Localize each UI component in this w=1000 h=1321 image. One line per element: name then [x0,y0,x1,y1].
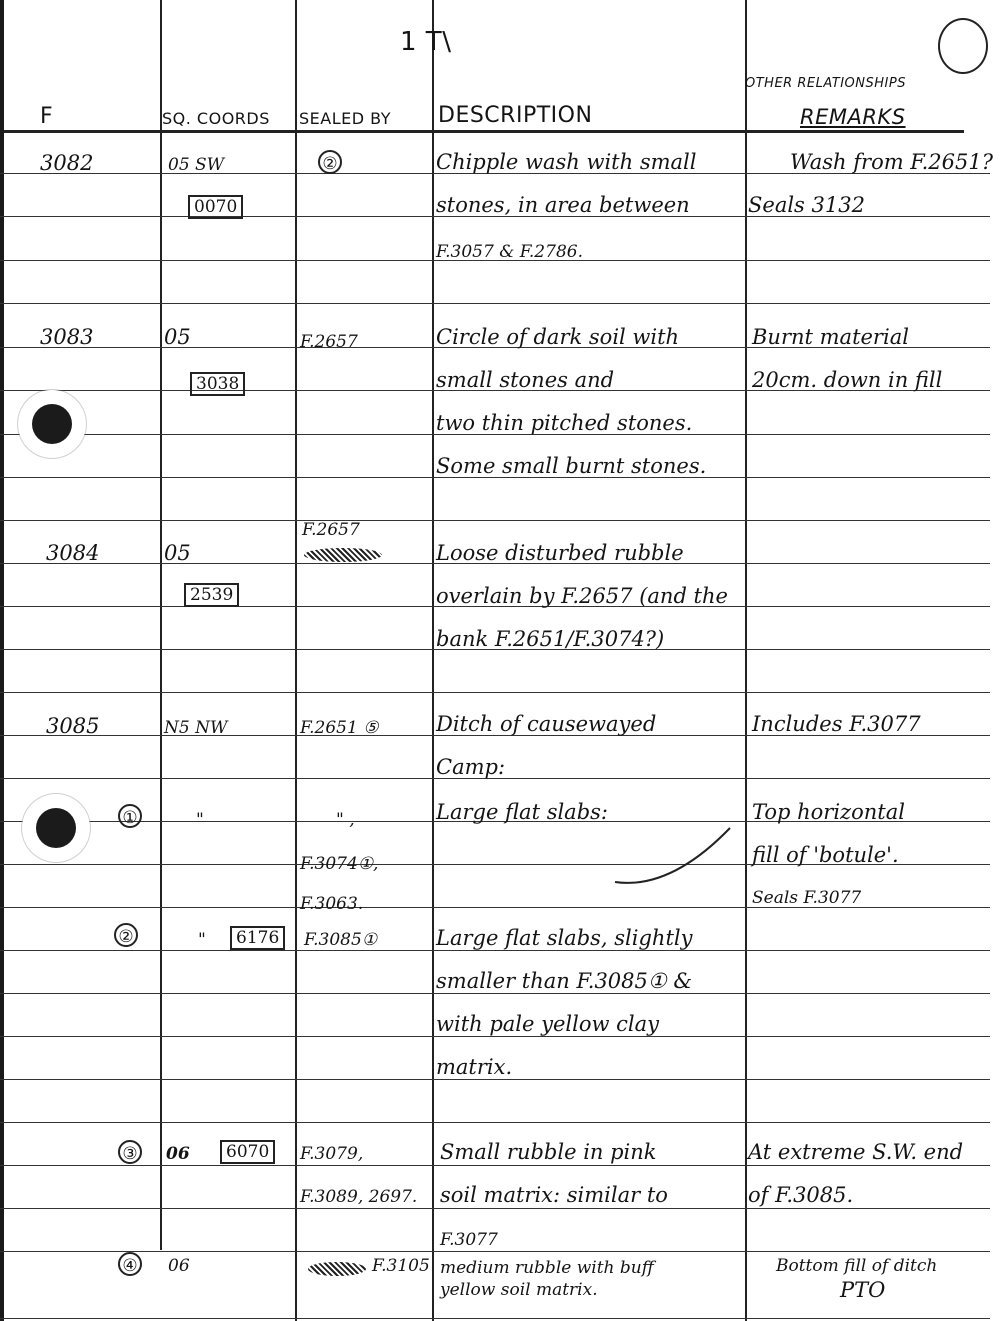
sq-coords: 06 [166,1142,190,1166]
description-line: F.3077 [440,1228,498,1252]
ruled-line [0,1165,990,1166]
column-divider [160,0,162,1120]
sub-feature-number: ① [118,804,142,828]
remarks-line: Bottom fill of ditch [776,1254,937,1278]
description-line: Large flat slabs, slightly [436,926,692,950]
struck-out-entry [308,1258,366,1277]
column-header-sq-coords: SQ. COORDS [162,107,270,131]
description-line: Camp: [436,755,505,779]
ruled-line [0,1079,990,1080]
description-line: yellow soil matrix. [440,1278,598,1302]
sq-box-number: 6070 [220,1140,275,1164]
sealed-by: F.3079, [300,1142,363,1166]
description-line: Ditch of causewayed [436,712,656,736]
ruled-line [0,520,990,521]
ruled-line [0,692,990,693]
remarks-line: Seals 3132 [748,193,865,217]
description-line: medium rubble with buff [440,1256,654,1280]
feature-number: 3083 [40,325,93,349]
remarks-line: of F.3085. [748,1183,853,1207]
ruled-line [0,303,990,304]
sub-feature-number: ③ [118,1140,142,1164]
sealed-by-ditto: " , [336,808,355,832]
ruled-line [0,950,990,951]
description-line: smaller than F.3085① & [436,969,692,993]
sq-coords: 06 [168,1254,190,1278]
description-line: with pale yellow clay [436,1012,659,1036]
sub-feature-number: ② [114,923,138,947]
remarks-line: At extreme S.W. end [748,1140,963,1164]
sealed-by: F.2657 [302,518,360,542]
feature-number: 3085 [46,714,99,738]
sealed-by: F.3063. [300,892,363,916]
sq-coords: 05 [164,541,191,565]
column-header-sealed-by: SEALED BY [299,107,391,131]
sq-box-number: 2539 [184,583,239,607]
sq-box-number: 3038 [190,372,245,396]
remarks-line: Top horizontal [752,800,905,824]
sq-coords: N5 NW [164,716,227,740]
column-header-remarks: REMARKS [800,105,906,129]
sq-box-number: 0070 [188,195,243,219]
description-line: Chipple wash with small [436,150,696,174]
sq-coords: 05 [164,325,191,349]
sealed-by: F.3085① [304,928,377,952]
feature-number: 3082 [40,151,93,175]
column-divider [160,1120,162,1250]
sealed-by-circled: ② [318,150,342,174]
description-line: soil matrix: similar to [440,1183,668,1207]
sealed-by: F.2657 [300,330,358,354]
description-line: Large flat slabs: [436,800,608,824]
description-line: Loose disturbed rubble [436,541,684,565]
remarks-line: PTO [840,1278,885,1302]
ruled-line [0,1036,990,1037]
punch-hole [36,808,76,848]
column-subheader-other-relationships: OTHER RELATIONSHIPS [745,72,906,96]
description-line: Small rubble in pink [440,1140,657,1164]
sq-box-number: 6176 [230,926,285,950]
remarks-line: Burnt material [752,325,909,349]
remarks-line: Includes F.3077 [752,712,921,736]
description-line: Some small burnt stones. [436,454,706,478]
description-line: matrix. [436,1055,512,1079]
description-line: overlain by F.2657 (and the [436,584,728,608]
sq-coords-ditto: " [198,928,206,952]
description-line: F.3057 & F.2786. [436,240,583,264]
sealed-by: F.3089, 2697. [300,1185,417,1209]
ruled-line [0,993,990,994]
sub-feature-number: ④ [118,1252,142,1276]
top-scrawl-mark: 1 T\ [400,30,451,54]
register-sheet: 1 T\ F SQ. COORDS SEALED BY DESCRIPTION … [0,0,1000,1321]
struck-out-entry [304,544,384,563]
remarks-line: Wash from F.2651? [790,150,993,174]
description-line: Circle of dark soil with [436,325,679,349]
ruled-line [0,1318,990,1319]
sq-coords: 05 SW [168,153,224,177]
sealed-by: F.3074①, [300,852,378,876]
column-header-description: DESCRIPTION [438,104,592,128]
sealed-by: F.2651 ⑤ [300,716,378,740]
punch-hole [32,404,72,444]
description-line: stones, in area between [436,193,690,217]
remarks-line: fill of 'botule'. [752,843,899,867]
corner-circle-mark [938,18,988,74]
pen-stroke-mark [610,820,740,890]
remarks-line: Seals F.3077 [752,886,861,910]
sq-coords-ditto: " [196,808,204,832]
ruled-line [0,1122,990,1123]
description-line: two thin pitched stones. [436,411,692,435]
ruled-line [0,1208,990,1209]
feature-number: 3084 [46,541,99,565]
description-line: bank F.2651/F.3074?) [436,627,664,651]
column-header-f: F [40,105,53,129]
description-line: small stones and [436,368,614,392]
header-rule [4,130,964,133]
sealed-by: F.3105 [372,1254,430,1278]
remarks-line: 20cm. down in fill [752,368,942,392]
